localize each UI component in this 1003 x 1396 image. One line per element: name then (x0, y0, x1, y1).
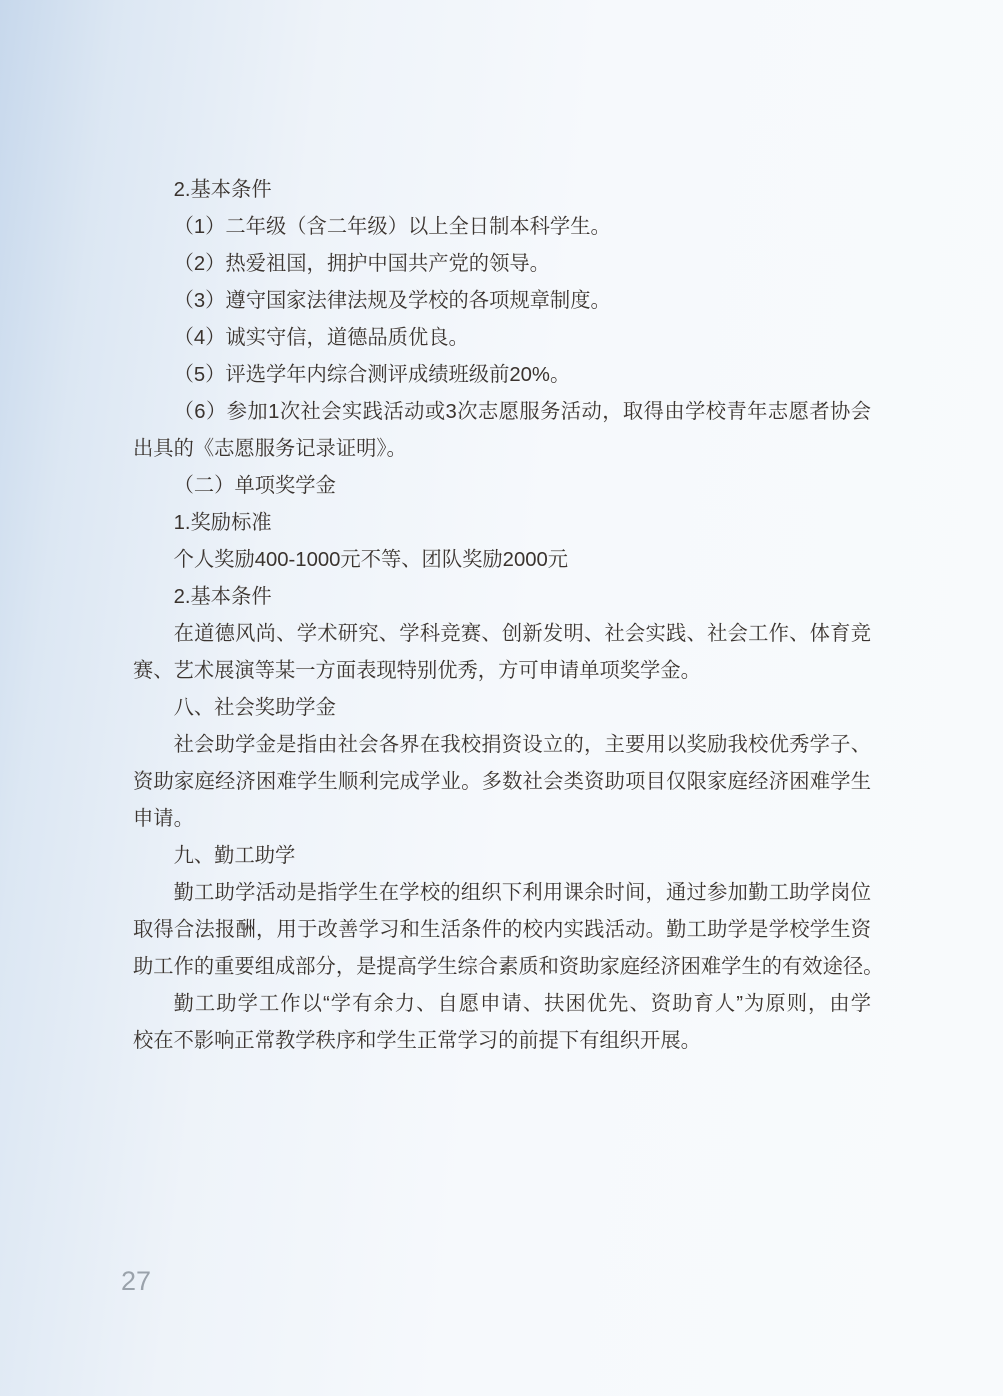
text-line: 2.基本条件 (133, 579, 871, 616)
text-line: （二）单项奖学金 (133, 468, 871, 505)
text-line: 助工作的重要组成部分，是提高学生综合素质和资助家庭经济困难学生的有效途径。 (133, 949, 871, 986)
text-line: 1.奖励标准 (133, 505, 871, 542)
text-line: 取得合法报酬，用于改善学习和生活条件的校内实践活动。勤工助学是学校学生资 (133, 912, 871, 949)
text-line: （1）二年级（含二年级）以上全日制本科学生。 (133, 209, 871, 246)
text-line: 九、勤工助学 (133, 838, 871, 875)
text-line: 出具的《志愿服务记录证明》。 (133, 431, 871, 468)
text-line: 资助家庭经济困难学生顺利完成学业。多数社会类资助项目仅限家庭经济困难学生 (133, 764, 871, 801)
text-line: （6）参加1次社会实践活动或3次志愿服务活动，取得由学校青年志愿者协会 (133, 394, 871, 431)
text-line: （4）诚实守信，道德品质优良。 (133, 320, 871, 357)
text-line: 2.基本条件 (133, 172, 871, 209)
text-line: 八、社会奖助学金 (133, 690, 871, 727)
text-line: 勤工助学活动是指学生在学校的组织下利用课余时间，通过参加勤工助学岗位 (133, 875, 871, 912)
text-line: 申请。 (133, 801, 871, 838)
text-line: 勤工助学工作以“学有余力、自愿申请、扶困优先、资助育人”为原则，由学 (133, 986, 871, 1023)
text-line: 赛、艺术展演等某一方面表现特别优秀，方可申请单项奖学金。 (133, 653, 871, 690)
text-line: （3）遵守国家法律法规及学校的各项规章制度。 (133, 283, 871, 320)
text-line: 社会助学金是指由社会各界在我校捐资设立的，主要用以奖励我校优秀学子、 (133, 727, 871, 764)
page-number: 27 (121, 1264, 151, 1298)
text-line: 个人奖励400-1000元不等、团队奖励2000元 (133, 542, 871, 579)
text-line: （2）热爱祖国，拥护中国共产党的领导。 (133, 246, 871, 283)
text-line: 校在不影响正常教学秩序和学生正常学习的前提下有组织开展。 (133, 1023, 871, 1060)
text-line: 在道德风尚、学术研究、学科竞赛、创新发明、社会实践、社会工作、体育竞 (133, 616, 871, 653)
document-body: 2.基本条件（1）二年级（含二年级）以上全日制本科学生。（2）热爱祖国，拥护中国… (133, 172, 871, 1060)
text-line: （5）评选学年内综合测评成绩班级前20%。 (133, 357, 871, 394)
